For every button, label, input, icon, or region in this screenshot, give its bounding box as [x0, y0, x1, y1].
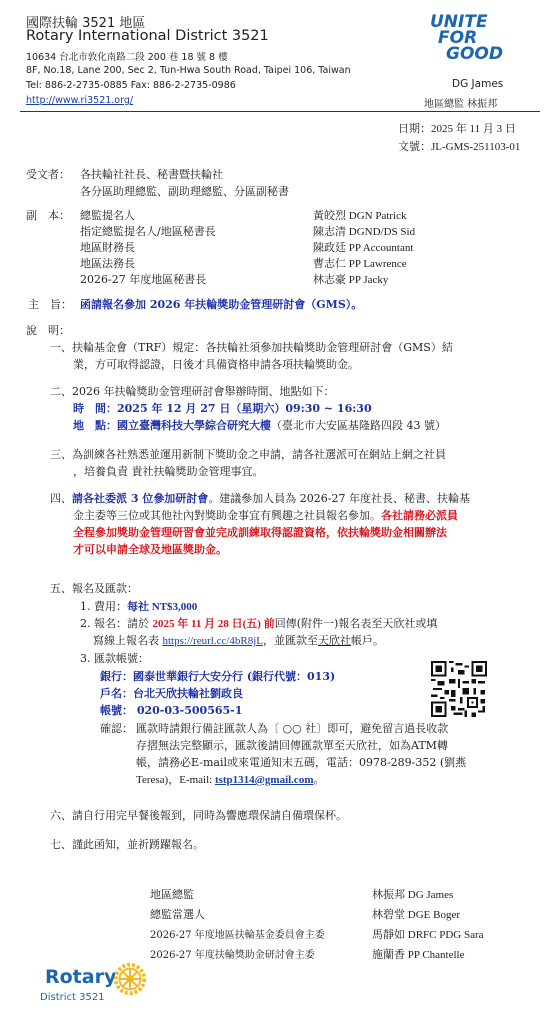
- item1-line2: 業，方可取得認證，日後才具備資格申請各項扶輪獎助金。: [73, 356, 359, 372]
- reg-deadline: 2025 年 11 月 28 日(五) 前: [153, 618, 275, 630]
- cc-role: 總監提名人: [80, 207, 135, 223]
- item4-line1: 四、請各社委派 3 位參加研討會。建議參加人員為 2026-27 年度社長、秘書…: [50, 490, 470, 506]
- item4-prefix: 四、: [50, 492, 72, 505]
- item3-line2: ，培養負責 貴社扶輪獎助金管理事宜。: [73, 463, 264, 479]
- registration-line2: 寫線上報名表 https://reurl.cc/4bR8jL，並匯款至天欣社帳戶…: [93, 632, 384, 648]
- cc-role: 地區法務長: [80, 255, 135, 271]
- confirm-label: 確認：: [100, 720, 133, 736]
- governor-name-en: DG James: [452, 78, 503, 90]
- cc-role: 2026-27 年度地區秘書長: [80, 271, 206, 287]
- signer-role: 總監當選人: [150, 906, 205, 922]
- signer-role: 地區總監: [150, 886, 194, 902]
- event-address: （臺北市大安區基隆路四段 43 號）: [271, 419, 446, 432]
- item7: 七、謹此函知，並祈踴躍報名。: [50, 836, 204, 852]
- event-time: 時 間：2025 年 12 月 27 日（星期六）09:30 ~ 16:30: [73, 400, 372, 416]
- confirm-line4-pre: Teresa)，E-mail:: [136, 774, 215, 786]
- item4-plain: 金主委等三位或其他社內對獎助金事宜有興趣之社員報名參加。: [73, 509, 381, 522]
- confirm-line: 帳，請務必E-mail或來電通知末五碼，電話：0978-289-352 (劉燕: [136, 754, 466, 770]
- slogan-word: GOOD: [430, 46, 503, 62]
- registration-form-link[interactable]: https://reurl.cc/4bR8jL: [163, 635, 264, 647]
- doc-date: 日期：2025 年 11 月 3 日: [398, 120, 516, 136]
- cc-person: 曹志仁 PP Lawrence: [313, 255, 407, 271]
- event-venue: 地 點：國立臺灣科技大學綜合研究大樓: [73, 419, 271, 432]
- confirm-line4-end: 。: [313, 773, 324, 786]
- item2-line1: 二、2026 年扶輪獎助金管理研討會舉辦時間、地點如下：: [50, 383, 335, 399]
- rotary-wheel-icon: [111, 960, 149, 998]
- district-label: District 3521: [40, 992, 105, 1003]
- item4-highlight: 請各社委派 3 位參加研討會: [72, 492, 208, 505]
- item4-line2: 金主委等三位或其他社內對獎助金事宜有興趣之社員報名參加。各社請務必派員: [73, 507, 458, 523]
- item5-title: 五、報名及匯款：: [50, 580, 138, 596]
- cc-label: 副 本：: [26, 207, 70, 223]
- signer-name: 施蘭香 PP Chantelle: [372, 946, 464, 962]
- account-number: 帳號： 020-03-500565-1: [100, 702, 242, 718]
- confirm-line: 匯款時請銀行備註匯款人為〔 ○○ 社〕即可，避免留言過長收款: [136, 720, 448, 736]
- reg-rest: 回傳(附件一)報名表至天欣社或填: [275, 617, 438, 630]
- bank-name: 銀行：國泰世華銀行大安分行 (銀行代號：013): [100, 668, 335, 684]
- fee-value: 每社 NT$3,000: [127, 601, 197, 613]
- confirm-line: 存摺無法完整顯示，匯款後請回傳匯款單至天欣社，如為ATM轉: [136, 737, 448, 753]
- org-name-en: Rotary International District 3521: [26, 28, 269, 44]
- signer-role: 2026-27 年度扶輪獎助金研討會主委: [150, 946, 315, 961]
- reg-line2-end: 帳戶。: [351, 634, 384, 647]
- fee-label: 1. 費用：: [80, 600, 127, 613]
- rotary-wordmark: Rotary: [45, 966, 116, 988]
- fee-line: 1. 費用：每社 NT$3,000: [80, 598, 197, 614]
- reg-line2-mid: ，並匯款至: [263, 634, 318, 647]
- club-name: 天欣社: [318, 634, 351, 647]
- recipient-line: 各扶輪社社長、秘書暨扶輪社: [80, 166, 223, 182]
- subject-label: 主 旨：: [28, 296, 72, 312]
- item4-warning-line4: 才可以申請全球及地區獎助金。: [73, 541, 227, 557]
- cc-person: 陳政廷 PP Accountant: [313, 239, 413, 255]
- cc-person: 黃皎烈 DGN Patrick: [313, 207, 407, 223]
- recipient-line: 各分區助理總監、副助理總監、分區副秘書: [80, 183, 289, 199]
- governor-title-zh: 地區總監 林振邦: [424, 95, 497, 110]
- cc-role: 指定總監提名人/地區秘書長: [80, 223, 216, 239]
- reg-label: 2. 報名：請於: [80, 617, 153, 630]
- event-place: 地 點：國立臺灣科技大學綜合研究大樓（臺北市大安區基隆路四段 43 號）: [73, 417, 446, 433]
- item4-warning: 各社請務必派員: [381, 509, 458, 522]
- qr-code[interactable]: [431, 661, 487, 717]
- contact-email-link[interactable]: tstp1314@gmail.com: [215, 774, 314, 786]
- item6: 六、請自行用完早餐後報到，同時為響應環保請自備環保杯。: [50, 807, 347, 823]
- cc-person: 林志豪 PP Jacky: [313, 271, 388, 287]
- item1-line1: 一、扶輪基金會（TRF）規定：各扶輪社須參加扶輪獎助金管理研討會（GMS）結: [50, 339, 453, 355]
- cc-role: 地區財務長: [80, 239, 135, 255]
- subject-text: 函請報名參加 2026 年扶輪獎助金管理研討會（GMS）。: [80, 296, 362, 312]
- address-zh: 10634 台北市敦化南路二段 200 巷 18 號 8 樓: [26, 49, 228, 63]
- signer-name: 馬靜如 DRFC PDG Sara: [372, 926, 484, 942]
- header-divider: [20, 111, 540, 112]
- signer-name: 林振邦 DG James: [372, 886, 453, 902]
- recipients-label: 受文者：: [26, 166, 70, 182]
- cc-person: 陳志清 DGND/DS Sid: [313, 223, 415, 239]
- account-holder: 戶名：台北天欣扶輪社劉政良: [100, 685, 243, 701]
- tel-fax: Tel: 886-2-2735-0885 Fax: 886-2-2735-098…: [26, 80, 236, 91]
- website-link[interactable]: http://www.ri3521.org/: [26, 95, 133, 106]
- signer-role: 2026-27 年度地區扶輪基金委員會主委: [150, 926, 325, 941]
- registration-line: 2. 報名：請於 2025 年 11 月 28 日(五) 前回傳(附件一)報名表…: [80, 615, 437, 631]
- doc-number: 文號：JL-GMS-251103-01: [398, 138, 520, 154]
- item3-line1: 三、為訓練各社熟悉並運用新制下獎助金之申請，請各社選派可在網站上網之社員: [50, 446, 446, 462]
- signer-name: 林碧堂 DGE Boger: [372, 906, 460, 922]
- explanation-label: 說 明：: [26, 322, 70, 338]
- unite-for-good-logo: UNITE FOR GOOD: [430, 14, 503, 62]
- item4-rest: 。建議參加人員為 2026-27 年度社長、秘書、扶輪基: [208, 492, 470, 505]
- account-title: 3. 匯款帳號：: [80, 650, 149, 666]
- address-en: 8F, No.18, Lane 200, Sec 2, Tun-Hwa Sout…: [26, 65, 351, 76]
- reg-line2-pre: 寫線上報名表: [93, 634, 163, 647]
- confirm-line4: Teresa)，E-mail: tstp1314@gmail.com。: [136, 771, 324, 787]
- item4-warning-line3: 全程參加獎助金管理研習會並完成訓練取得認證資格，依扶輪獎助金相關辦法: [73, 524, 447, 540]
